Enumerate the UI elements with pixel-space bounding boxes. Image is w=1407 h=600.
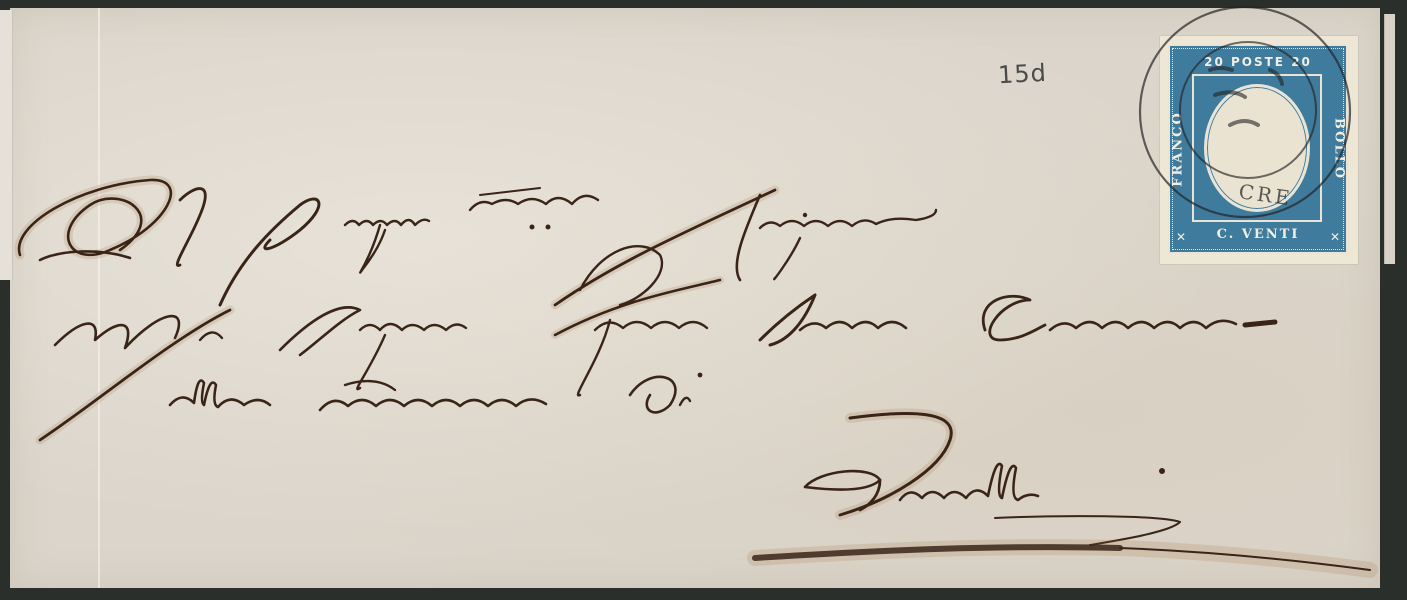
address-line-1-strokes	[19, 180, 936, 305]
address-line-4-strokes	[755, 413, 1370, 570]
postmark-town-text: CRE	[1237, 179, 1294, 210]
postmark-cancel: CRE	[1120, 0, 1380, 250]
address-line-3-strokes	[170, 373, 702, 413]
